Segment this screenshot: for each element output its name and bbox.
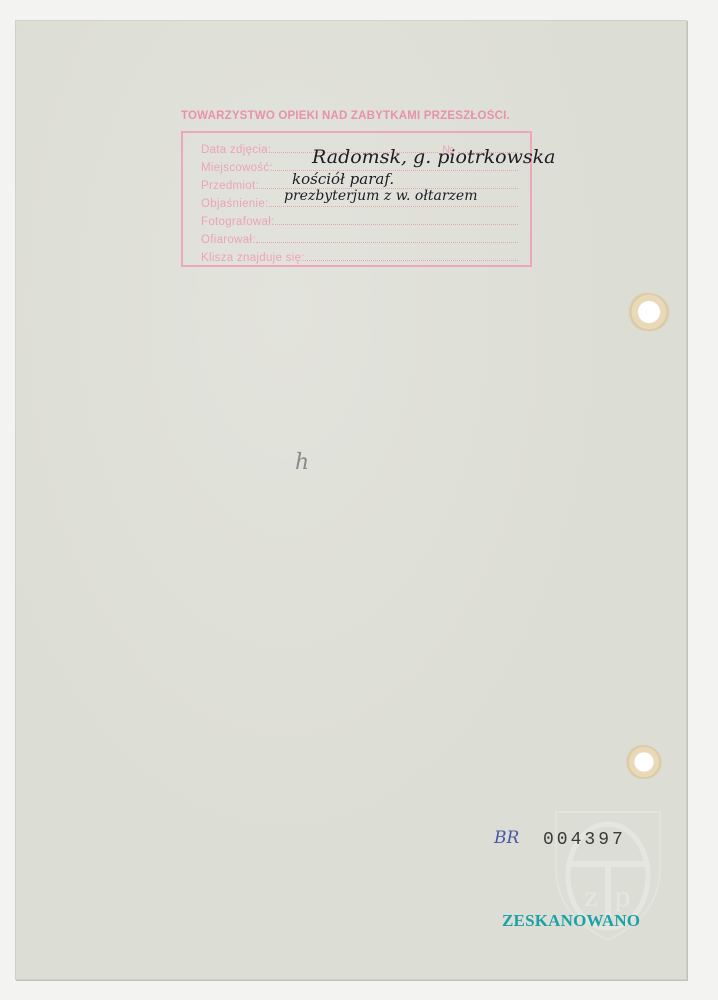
- field-label: Ofiarował:: [201, 234, 256, 246]
- pencil-mark: h: [295, 450, 309, 475]
- field-line: [269, 205, 518, 207]
- collection-mark: BR: [494, 828, 519, 848]
- field-donor: Ofiarował:: [201, 230, 518, 246]
- handwritten-description: prezbyterjum z w. ołtarzem: [284, 188, 478, 204]
- field-label: Klisza znajduje się:: [201, 252, 305, 264]
- field-label: Objaśnienie:: [201, 198, 269, 210]
- scanned-stamp: ZESKANOWANO: [502, 911, 640, 931]
- field-line: [275, 223, 518, 225]
- inventory-number: 004397: [543, 830, 626, 850]
- field-label: Fotografował:: [201, 216, 275, 228]
- field-label: Przedmiot:: [201, 180, 259, 192]
- field-line: [256, 241, 518, 243]
- punched-hole-top: [628, 293, 670, 331]
- punched-hole-bottom: [626, 745, 662, 779]
- stamp-society-title: TOWARZYSTWO OPIEKI NAD ZABYTKAMI PRZESZŁ…: [181, 110, 536, 122]
- svg-text:z: z: [584, 883, 598, 913]
- handwritten-place: Radomsk, g. piotrkowska: [312, 146, 555, 168]
- svg-text:p: p: [614, 883, 631, 913]
- field-negative-location: Klisza znajduje się:: [201, 248, 518, 264]
- field-photographer: Fotografował:: [201, 212, 518, 228]
- field-line: [305, 259, 518, 261]
- field-label: Miejscowość:: [201, 162, 273, 174]
- handwritten-subject: kościół paraf.: [292, 170, 394, 188]
- field-label: Data zdjęcia:: [201, 144, 271, 156]
